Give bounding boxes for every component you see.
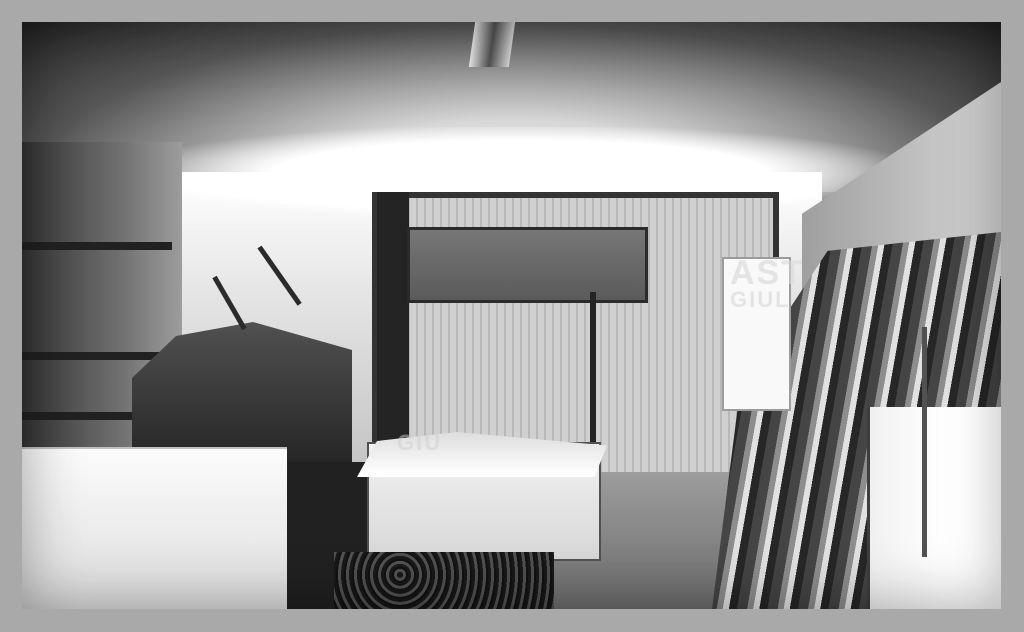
shelf	[22, 242, 172, 250]
shelf	[22, 352, 172, 360]
metal-rack	[407, 227, 648, 303]
watermark-text: GIU	[397, 430, 442, 456]
pipe	[922, 327, 927, 557]
watermark-text: GIUL	[730, 287, 791, 313]
ceiling-light-fixture	[469, 22, 515, 67]
photo: AST GIUL GIU	[22, 22, 1001, 609]
white-panel	[867, 407, 1001, 609]
rolled-rug	[334, 552, 554, 609]
chest-freezer	[22, 447, 287, 609]
